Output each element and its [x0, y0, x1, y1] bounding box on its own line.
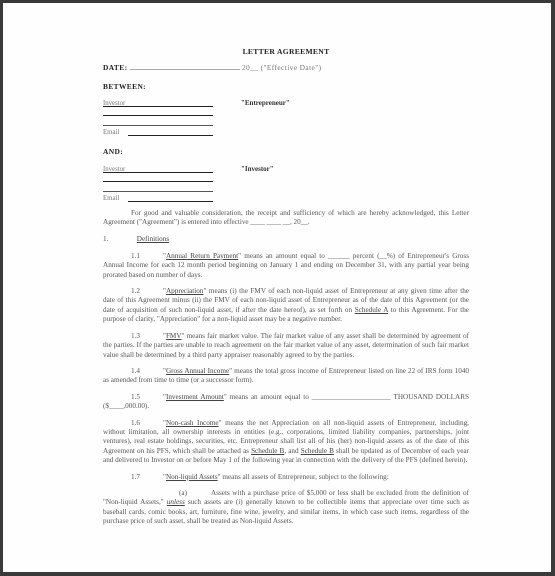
party-address-field-2[interactable]: [103, 125, 213, 126]
definition-1-5: 1.5"Investment Amount" means an amount e…: [103, 393, 469, 412]
definition-1-7: 1.7"Non-liquid Assets" means all assets …: [103, 473, 469, 482]
definition-1-6: 1.6"Non-cash Income" means the net Appre…: [103, 419, 469, 466]
party-block-entrepreneur: Investor Email "Entrepreneur": [103, 99, 469, 151]
definition-1-1: 1.1"Annual Return Payment" means an amou…: [103, 252, 469, 280]
defined-term: FMV: [166, 332, 182, 340]
party-address-field[interactable]: [103, 115, 213, 116]
date-line: DATE: 20__ ("Effective Date"): [103, 63, 469, 72]
party-email-label: Email: [103, 128, 119, 137]
party-email-field[interactable]: [128, 135, 213, 136]
schedule-b-reference: Schedule B: [251, 447, 284, 455]
section-title: Definitions: [137, 235, 169, 243]
letter-agreement: LETTER AGREEMENT DATE: 20__ ("Effective …: [103, 47, 469, 527]
document-page: LETTER AGREEMENT DATE: 20__ ("Effective …: [3, 3, 551, 572]
defined-term: Non-cash Income: [166, 419, 219, 427]
between-label: BETWEEN:: [103, 82, 469, 91]
defined-term: Annual Return Payment: [166, 252, 238, 260]
schedule-a-reference: Schedule A: [355, 306, 388, 314]
defined-term: Appreciation: [166, 287, 204, 295]
emphasis-unless: unless: [167, 498, 185, 506]
definition-1-4: 1.4"Gross Annual Income" means the total…: [103, 367, 469, 386]
date-year: 20__: [242, 63, 258, 72]
definition-1-2: 1.2"Appreciation" means (i) the FMV of e…: [103, 287, 469, 325]
party-block-investor: Investor Email "Investor": [103, 165, 469, 217]
party-email-label: Email: [103, 194, 119, 203]
schedule-b-reference: Schedule B: [301, 447, 334, 455]
date-field[interactable]: [130, 69, 240, 70]
party-role: "Investor": [241, 165, 274, 174]
defined-term: Non-liquid Assets: [166, 473, 218, 481]
party-name-field[interactable]: [103, 106, 213, 107]
defined-term: Investment Amount: [166, 393, 224, 401]
definition-1-3: 1.3"FMV" means fair market value. The fa…: [103, 332, 469, 360]
subclause-a: (a)Assets with a purchase price of $5,00…: [103, 489, 469, 527]
party-name-field[interactable]: [103, 172, 213, 173]
defined-term: Gross Annual Income: [166, 367, 229, 375]
party-role: "Entrepreneur": [241, 99, 290, 108]
party-address-field-2[interactable]: [103, 191, 213, 192]
section-number: 1.: [103, 235, 135, 244]
party-address-field[interactable]: [103, 181, 213, 182]
party-email-field[interactable]: [128, 201, 213, 202]
date-label: DATE:: [103, 63, 127, 72]
effective-date-note: ("Effective Date"): [261, 63, 322, 72]
document-title: LETTER AGREEMENT: [103, 47, 469, 56]
section-heading: 1. Definitions: [103, 235, 469, 244]
